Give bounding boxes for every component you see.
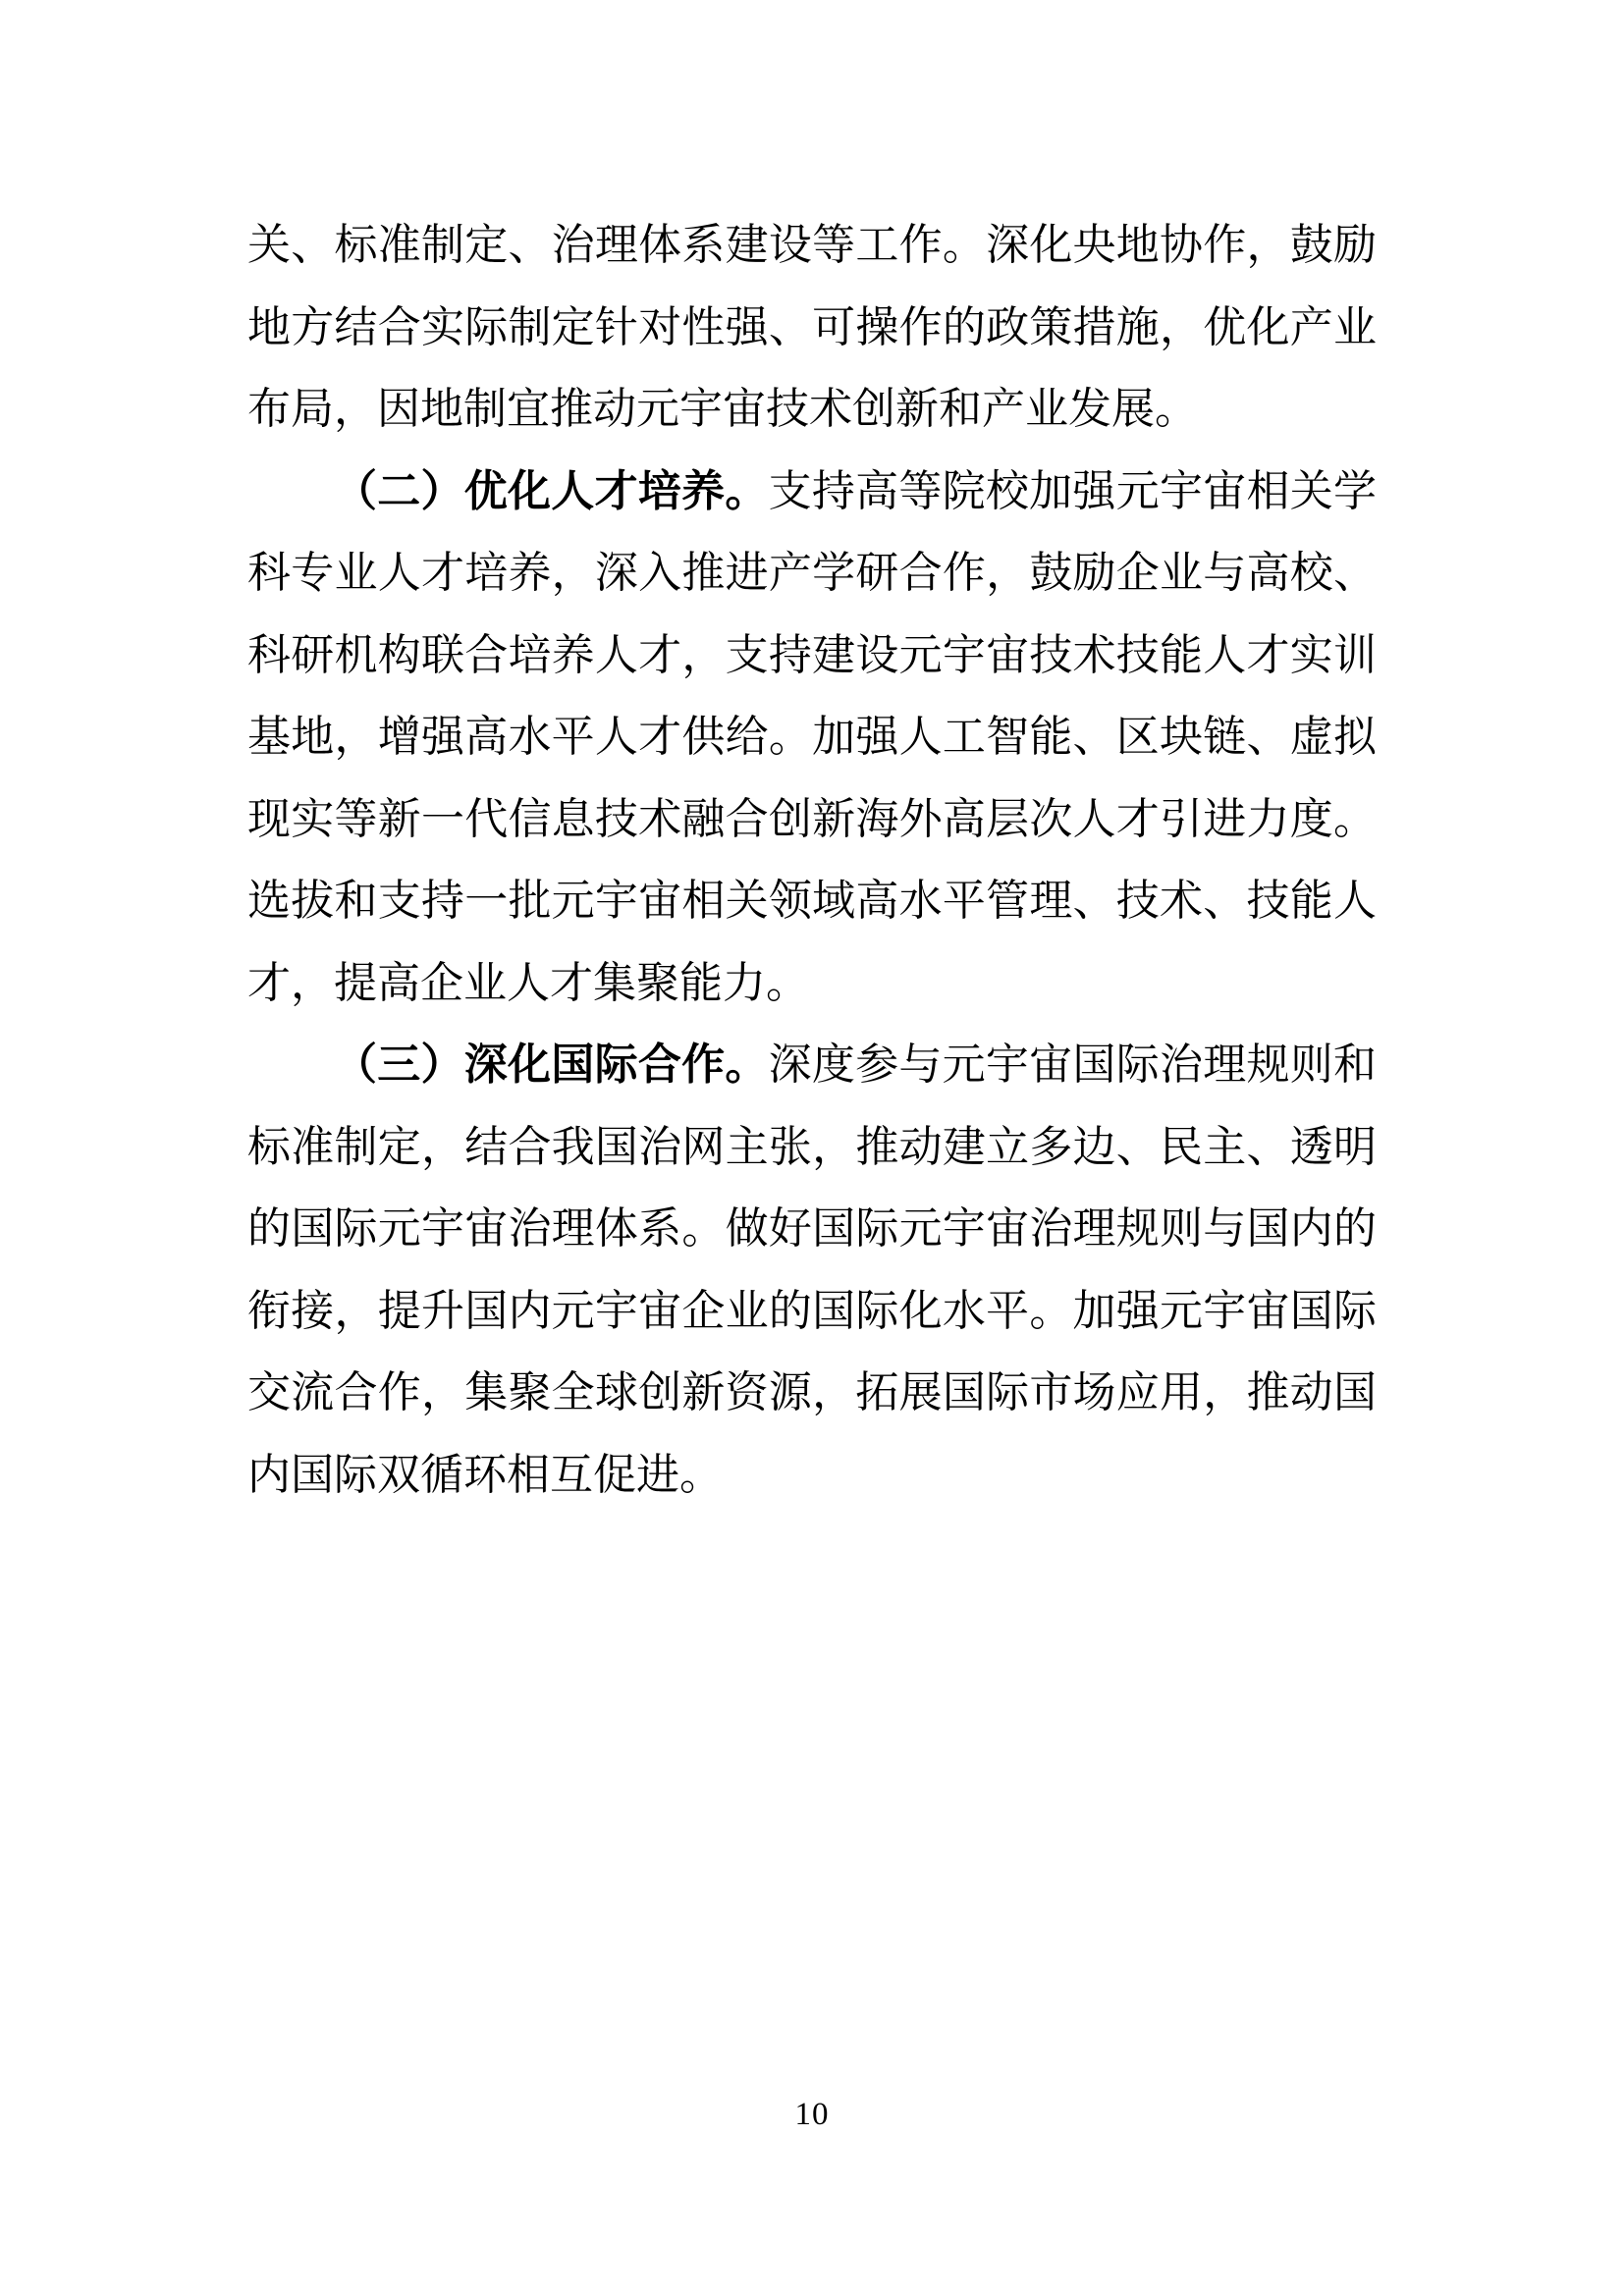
paragraph3-line: 交流合作，集聚全球创新资源，拓展国际市场应用，推动国 — [247, 1352, 1377, 1434]
paragraph3-line: （三）深化国际合作。深度参与元宇宙国际治理规则和 — [247, 1024, 1377, 1106]
paragraph3-line: 内国际双循环相互促进。 — [247, 1434, 1377, 1517]
line-text: 深度参与元宇宙国际治理规则和 — [769, 1041, 1377, 1089]
section3-heading: （三）深化国际合作。 — [334, 1041, 769, 1089]
section2-heading: （二）优化人才培养。 — [334, 467, 769, 515]
paragraph3-line: 标准制定，结合我国治网主张，推动建立多边、民主、透明 — [247, 1106, 1377, 1189]
line-text: 现实等新一代信息技术融合创新海外高层次人才引进力度。 — [247, 795, 1377, 843]
line-text: 内国际双循环相互促进。 — [247, 1451, 723, 1499]
paragraph2-line: （二）优化人才培养。支持高等院校加强元宇宙相关学 — [247, 451, 1377, 533]
line-text: 布局，因地制宜推动元宇宙技术创新和产业发展。 — [247, 385, 1198, 433]
line-text: 的国际元宇宙治理体系。做好国际元宇宙治理规则与国内的 — [247, 1204, 1377, 1253]
line-text: 才，提高企业人才集聚能力。 — [247, 959, 809, 1007]
paragraph3-line: 衔接，提升国内元宇宙企业的国际化水平。加强元宇宙国际 — [247, 1270, 1377, 1353]
line-text: 关、标准制定、治理体系建设等工作。深化央地协作，鼓励 — [247, 221, 1377, 269]
line-text: 科专业人才培养，深入推进产学研合作，鼓励企业与高校、 — [247, 549, 1377, 597]
line-text: 科研机构联合培养人才，支持建设元宇宙技术技能人才实训 — [247, 631, 1377, 679]
line-text: 交流合作，集聚全球创新资源，拓展国际市场应用，推动国 — [247, 1368, 1377, 1416]
line-text: 选拔和支持一批元宇宙相关领域高水平管理、技术、技能人 — [247, 877, 1377, 925]
paragraph2-line: 科专业人才培养，深入推进产学研合作，鼓励企业与高校、 — [247, 532, 1377, 614]
line-text: 基地，增强高水平人才供给。加强人工智能、区块链、虚拟 — [247, 713, 1377, 761]
paragraph1-line: 布局，因地制宜推动元宇宙技术创新和产业发展。 — [247, 368, 1377, 451]
paragraph3-line: 的国际元宇宙治理体系。做好国际元宇宙治理规则与国内的 — [247, 1188, 1377, 1270]
line-text: 地方结合实际制定针对性强、可操作的政策措施，优化产业 — [247, 303, 1377, 351]
line-text: 衔接，提升国内元宇宙企业的国际化水平。加强元宇宙国际 — [247, 1287, 1377, 1335]
paragraph1-line: 地方结合实际制定针对性强、可操作的政策措施，优化产业 — [247, 287, 1377, 369]
paragraph1-line: 关、标准制定、治理体系建设等工作。深化央地协作，鼓励 — [247, 204, 1377, 287]
paragraph2-line: 科研机构联合培养人才，支持建设元宇宙技术技能人才实训 — [247, 614, 1377, 697]
page-number: 10 — [0, 2097, 1624, 2133]
paragraph2-line: 基地，增强高水平人才供给。加强人工智能、区块链、虚拟 — [247, 696, 1377, 778]
document-page: 关、标准制定、治理体系建设等工作。深化央地协作，鼓励 地方结合实际制定针对性强、… — [0, 0, 1624, 2296]
line-text: 支持高等院校加强元宇宙相关学 — [769, 467, 1377, 515]
paragraph2-line: 才，提高企业人才集聚能力。 — [247, 942, 1377, 1025]
body-text: 关、标准制定、治理体系建设等工作。深化央地协作，鼓励 地方结合实际制定针对性强、… — [247, 204, 1377, 1516]
line-text: 标准制定，结合我国治网主张，推动建立多边、民主、透明 — [247, 1123, 1377, 1171]
paragraph2-line: 现实等新一代信息技术融合创新海外高层次人才引进力度。 — [247, 778, 1377, 861]
paragraph2-line: 选拔和支持一批元宇宙相关领域高水平管理、技术、技能人 — [247, 860, 1377, 942]
